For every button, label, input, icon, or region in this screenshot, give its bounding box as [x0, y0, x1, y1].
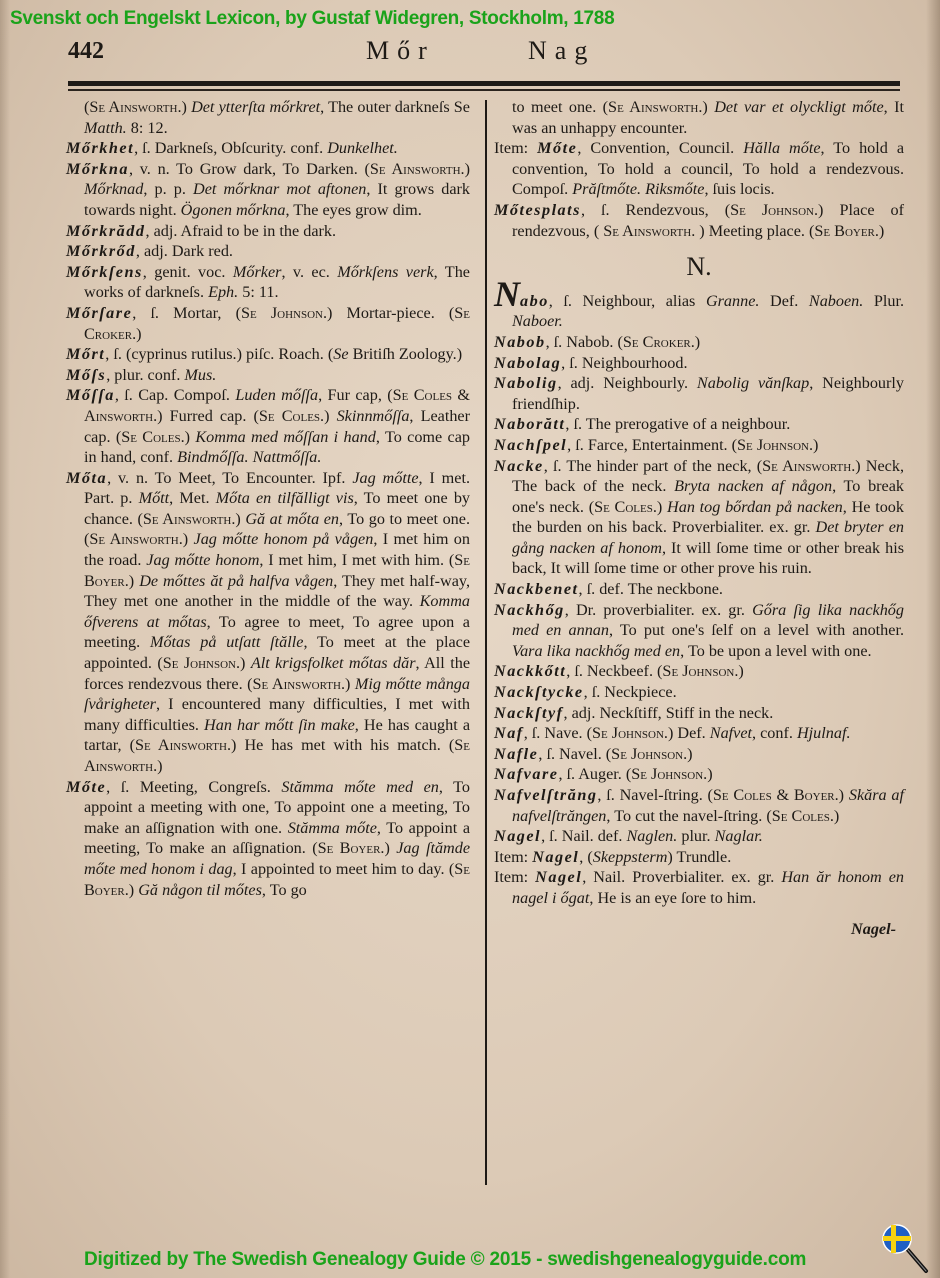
- entry-text: , ſ. Nail. def.: [541, 827, 626, 845]
- entry-text: , ſ. The hinder part of the neck,: [544, 457, 757, 475]
- source-reference: (Se Johnson.): [626, 765, 713, 783]
- entry-text: Eph.: [208, 283, 238, 301]
- entry-text: Mőrker: [233, 263, 282, 281]
- source-reference: (Se Coles.): [116, 428, 196, 446]
- dictionary-entry: Mőrkſens, genit. voc. Mőrker, v. ec. Mőr…: [66, 262, 470, 303]
- entry-text: Se: [333, 345, 348, 363]
- source-reference: ( Se Ainsworth. ): [594, 222, 705, 240]
- entry-text: , ſ. Neckbeef.: [566, 662, 657, 680]
- entry-text: , ſ. Mortar,: [132, 304, 235, 322]
- entry-text: Plur.: [863, 292, 904, 310]
- entry-text: 8: 12.: [127, 119, 168, 137]
- entry-text: Jag mőtte honom på vågen: [194, 530, 374, 548]
- running-head-right: Nag: [528, 36, 595, 66]
- headword: Mőrkrădd: [66, 222, 145, 240]
- source-reference: (Se Johnson.): [157, 654, 251, 672]
- dictionary-entry: Nachſpel, ſ. Farce, Entertainment. (Se J…: [494, 435, 904, 456]
- entry-text: , v. n. To Meet, To Encounter. Ipf.: [107, 469, 352, 487]
- source-reference: (Se Ainsworth.): [603, 98, 715, 116]
- entry-text: Naboer.: [512, 312, 563, 330]
- page-edge-left: [0, 0, 10, 1278]
- dictionary-entry: Mőtesplats, ſ. Rendezvous, (Se Johnson.)…: [494, 200, 904, 241]
- headword: Mőſſa: [66, 386, 115, 404]
- dictionary-entry: Nackkőtt, ſ. Neckbeef. (Se Johnson.): [494, 661, 904, 682]
- entry-text: Komma med mőſſan i hand: [195, 428, 376, 446]
- headword: Nachſpel: [494, 436, 567, 454]
- dictionary-entry: Mőrſare, ſ. Mortar, (Se Johnson.) Mortar…: [66, 303, 470, 344]
- entry-text: Skeppsterm: [593, 848, 668, 866]
- headword: Mőrkna: [66, 160, 129, 178]
- source-reference: (Se Boyer.): [809, 222, 884, 240]
- entry-text: , He is an eye ſore to him.: [589, 889, 756, 907]
- entry-text: Item:: [494, 868, 535, 886]
- entry-text: Furred cap.: [163, 407, 254, 425]
- dictionary-entry: Mőta, v. n. To Meet, To Encounter. Ipf. …: [66, 468, 470, 777]
- headword: Nagel: [535, 868, 582, 886]
- entry-text: , ſ. The prerogative of a neighbour.: [565, 415, 790, 433]
- entry-text: , ſuis locis.: [704, 180, 774, 198]
- headword: Mőte: [537, 139, 577, 157]
- entry-text: , To be upon a level with one.: [680, 642, 871, 660]
- entry-text: , ſ. Neighbourhood.: [561, 354, 687, 372]
- right-column: to meet one. (Se Ainsworth.) Det var et …: [494, 97, 904, 939]
- entry-text: , ſ. Auger.: [558, 765, 625, 783]
- entry-text: Jag mőtte: [352, 469, 418, 487]
- column-divider: [485, 100, 487, 1185]
- entry-text: Stămma mőte: [288, 819, 377, 837]
- source-reference: (Se Johnson.): [587, 724, 674, 742]
- entry-text: , ſ. Rendezvous,: [581, 201, 725, 219]
- headword: Mőrkrőd: [66, 242, 136, 260]
- entry-text: He has met with his match.: [236, 736, 448, 754]
- entry-text: , adj. Neighbourly.: [558, 374, 697, 392]
- page-number: 442: [68, 38, 104, 65]
- dictionary-entry: Nabolig, adj. Neighbourly. Nabolig vănſk…: [494, 373, 904, 414]
- entry-text: , Fur cap,: [318, 386, 387, 404]
- headword: Mőtesplats: [494, 201, 581, 219]
- entry-text: , adj. Neckſtiff, Stiff in the neck.: [564, 704, 774, 722]
- dictionary-entry: Naborătt, ſ. The prerogative of a neighb…: [494, 414, 904, 435]
- right-column-top-entries: to meet one. (Se Ainsworth.) Det var et …: [494, 97, 904, 241]
- entry-text: , (: [579, 848, 592, 866]
- dictionary-entry: Nabo, ſ. Neighbour, alias Granne. Def. N…: [494, 284, 904, 332]
- source-reference: (Se Coles.): [766, 807, 839, 825]
- dictionary-entry: Nackbenet, ſ. def. The neckbone.: [494, 579, 904, 600]
- entry-text: De mőttes ăt på halfva vågen: [139, 572, 333, 590]
- dictionary-entry: Item: Nagel, (Skeppsterm) Trundle.: [494, 847, 904, 868]
- entry-text: Vara lika nackhőg med en: [512, 642, 680, 660]
- entry-text: Hjulnaf.: [797, 724, 851, 742]
- entry-text: , To put one's ſelf on a level with anot…: [609, 621, 904, 639]
- source-reference: (Se Ainsworth.): [757, 457, 861, 475]
- entry-text: Bryta nacken af någon: [674, 477, 832, 495]
- entry-text: 5: 11.: [238, 283, 278, 301]
- entry-text: , ſ. Meeting, Congreſs.: [106, 778, 281, 796]
- entry-text: Ögonen mőrkna: [181, 201, 286, 219]
- source-reference: (Se Johnson.): [725, 201, 824, 219]
- source-reference: (Se Ainsworth.): [247, 675, 355, 693]
- digitized-credit-watermark: Digitized by The Swedish Genealogy Guide…: [84, 1249, 806, 1271]
- headword: Naf: [494, 724, 524, 742]
- source-reference: (Se Johnson.): [236, 304, 333, 322]
- entry-text: , adj. Afraid to be in the dark.: [145, 222, 336, 240]
- entry-text: , I met him, I met with him.: [259, 551, 448, 569]
- dictionary-entry: Nackſtyf, adj. Neckſtiff, Stiff in the n…: [494, 703, 904, 724]
- source-reference: (Se Croker.): [618, 333, 701, 351]
- entry-text: Def.: [759, 292, 808, 310]
- entry-text: , genit. voc.: [143, 263, 233, 281]
- headword: Nackſtyf: [494, 704, 564, 722]
- entry-text: Gă at mőta en: [245, 510, 339, 528]
- catchword: Nagel-: [494, 919, 904, 940]
- entry-text: , ſ. Farce, Entertainment.: [567, 436, 732, 454]
- entry-text: Meeting place.: [705, 222, 809, 240]
- entry-text: Britiſh Zoology.): [349, 345, 463, 363]
- entry-text: to meet one.: [512, 98, 603, 116]
- headword: Mőrt: [66, 345, 105, 363]
- header-rule-thick: [68, 81, 900, 86]
- swedish-flag-magnifier-icon: [880, 1222, 930, 1274]
- entry-text: Stămma mőte med en: [281, 778, 438, 796]
- entry-text: , I appointed to meet him to day.: [233, 860, 449, 878]
- entry-text: , v. n. To Grow dark, To Darken.: [129, 160, 365, 178]
- dictionary-entry: Nabob, ſ. Nabob. (Se Croker.): [494, 332, 904, 353]
- entry-text: Bindmőſſa. Nattmőſſa.: [177, 448, 321, 466]
- entry-text: , ſ. Navel-ſtring.: [597, 786, 707, 804]
- entry-text: , adj. Dark red.: [136, 242, 233, 260]
- dictionary-entry: Mőte, ſ. Meeting, Congreſs. Stămma mőte …: [66, 777, 470, 901]
- entry-text: Luden mőſſa: [235, 386, 318, 404]
- entry-text: Prăſtmőte. Riksmőte: [572, 180, 704, 198]
- dictionary-entry: Mőrt, ſ. (cyprinus rutilus.) piſc. Roach…: [66, 344, 470, 365]
- headword: Nabob: [494, 333, 546, 351]
- entry-text: Mőrkſens verk: [337, 263, 433, 281]
- headword: Nabolig: [494, 374, 558, 392]
- dictionary-entry: Mőſs, plur. conf. Mus.: [66, 365, 470, 386]
- headword: Mőſs: [66, 366, 106, 384]
- headword: Nafvare: [494, 765, 558, 783]
- headword: Nackſtycke: [494, 683, 584, 701]
- dictionary-entry: Nackſtycke, ſ. Neckpiece.: [494, 682, 904, 703]
- entry-text: , Dr. proverbialiter. ex. gr.: [565, 601, 752, 619]
- entry-text: Hălla mőte: [743, 139, 820, 157]
- dictionary-entry: to meet one. (Se Ainsworth.) Det var et …: [494, 97, 904, 138]
- dictionary-entry: Item: Mőte, Convention, Council. Hălla m…: [494, 138, 904, 200]
- entry-text: , ſ. Navel.: [538, 745, 605, 763]
- initial-letter: N: [494, 274, 520, 314]
- headword: Mőrkhet: [66, 139, 134, 157]
- dictionary-entry: Nafvare, ſ. Auger. (Se Johnson.): [494, 764, 904, 785]
- dictionary-entry: Item: Nagel, Nail. Proverbialiter. ex. g…: [494, 867, 904, 908]
- entry-text: Nabolig vănſkap: [697, 374, 809, 392]
- page-edge-right: [926, 0, 940, 1278]
- source-reference: (Se Johnson.): [606, 745, 693, 763]
- dictionary-entry: Naf, ſ. Nave. (Se Johnson.) Def. Nafvet,…: [494, 723, 904, 744]
- dictionary-entry: Nabolag, ſ. Neighbourhood.: [494, 353, 904, 374]
- dictionary-entry: Mőrkrădd, adj. Afraid to be in the dark.: [66, 221, 470, 242]
- entry-text: Item:: [494, 848, 532, 866]
- dictionary-entry: Mőrkna, v. n. To Grow dark, To Darken. (…: [66, 159, 470, 221]
- entry-text: , ſ. Neckpiece.: [584, 683, 677, 701]
- entry-text: , ſ. Cap. Compoſ.: [115, 386, 235, 404]
- entry-text: Naboen.: [809, 292, 863, 310]
- entry-text: Det var et olyckligt mőte: [714, 98, 883, 116]
- entry-text: Nafvet: [710, 724, 752, 742]
- headword: Mőrſare: [66, 304, 132, 322]
- entry-text: , The eyes grow dim.: [285, 201, 421, 219]
- entry-text: , ſ. (cyprinus rutilus.) piſc. Roach. (: [105, 345, 333, 363]
- entry-text: , v. ec.: [281, 263, 337, 281]
- entry-text: Mőtas på utſatt ſtălle: [150, 633, 303, 651]
- dictionary-entry: (Se Ainsworth.) Det ytterſta mőrkret, Th…: [66, 97, 470, 138]
- right-column-n-entries: Nabo, ſ. Neighbour, alias Granne. Def. N…: [494, 284, 904, 909]
- running-head-left: Mőr: [366, 36, 435, 66]
- headword: Nabolag: [494, 354, 561, 372]
- source-reference: (Se Boyer.): [312, 839, 396, 857]
- dictionary-entry: Nafvelſtrăng, ſ. Navel-ſtring. (Se Coles…: [494, 785, 904, 826]
- headword: Nacke: [494, 457, 544, 475]
- entry-text: , p. p.: [143, 180, 193, 198]
- dictionary-entry: Mőſſa, ſ. Cap. Compoſ. Luden mőſſa, Fur …: [66, 385, 470, 467]
- entry-text: Mőtt: [139, 489, 170, 507]
- headword: Nafle: [494, 745, 538, 763]
- entry-text: ) Trundle.: [667, 848, 731, 866]
- entry-text: Dunkelhet.: [327, 139, 398, 157]
- source-reference: (Se Ainsworth.): [365, 160, 470, 178]
- source-reference: (Se Coles & Boyer.): [708, 786, 849, 804]
- headword: Nackkőtt: [494, 662, 566, 680]
- entry-text: Matth.: [84, 119, 127, 137]
- headword: Naborătt: [494, 415, 565, 433]
- entry-text: Mortar-piece.: [332, 304, 448, 322]
- dictionary-entry: Nackhőg, Dr. proverbialiter. ex. gr. Gőr…: [494, 600, 904, 662]
- source-reference: (Se Ainsworth.): [84, 530, 194, 548]
- left-column: (Se Ainsworth.) Det ytterſta mőrkret, Th…: [66, 97, 470, 900]
- entry-text: Han har mőtt ſin make: [204, 716, 355, 734]
- header-rule-thin: [68, 89, 900, 91]
- entry-text: Def.: [673, 724, 709, 742]
- entry-text: , ſ. Nave.: [524, 724, 587, 742]
- entry-text: Naglen.: [626, 827, 677, 845]
- entry-text: , Convention, Council.: [577, 139, 743, 157]
- headword: Mőrkſens: [66, 263, 143, 281]
- letter-section-heading: N.: [494, 257, 904, 278]
- entry-text: Mus.: [184, 366, 216, 384]
- headword: Mőta: [66, 469, 107, 487]
- entry-text: Jag mőtte honom: [146, 551, 259, 569]
- entry-text: plur.: [677, 827, 714, 845]
- entry-text: Mőrknad: [84, 180, 143, 198]
- headword: Nagel: [532, 848, 579, 866]
- entry-text: , The outer darkneſs Se: [320, 98, 470, 116]
- source-reference: (Se Johnson.): [732, 436, 819, 454]
- headword: Nackhőg: [494, 601, 565, 619]
- entry-text: , conf.: [752, 724, 797, 742]
- source-reference: (Se Johnson.): [657, 662, 744, 680]
- source-reference: (Se Ainsworth.): [130, 736, 237, 754]
- entry-text: Det ytterſta mőrkret: [187, 98, 320, 116]
- entry-text: , ſ. Neighbour, alias: [549, 292, 706, 310]
- entry-text: Han tog bőrdan på nacken: [667, 498, 843, 516]
- entry-text: , plur. conf.: [106, 366, 184, 384]
- entry-text: Alt krigsfolket mőtas dăr: [251, 654, 416, 672]
- entry-text: , ſ. Darkneſs, Obſcurity. conf.: [134, 139, 327, 157]
- headword: Nagel: [494, 827, 541, 845]
- source-reference: (Se Ainsworth.): [84, 98, 187, 116]
- entry-text: Mőta en tilfălligt vis: [216, 489, 354, 507]
- dictionary-entry: Mőrkhet, ſ. Darkneſs, Obſcurity. conf. D…: [66, 138, 470, 159]
- entry-text: , To go: [262, 881, 307, 899]
- entry-text: , ſ. Nabob.: [546, 333, 618, 351]
- entry-text: , To go to meet one.: [339, 510, 470, 528]
- entry-text: Naglar.: [715, 827, 763, 845]
- dictionary-entry: Mőrkrőd, adj. Dark red.: [66, 241, 470, 262]
- source-reference: (Se Coles.): [589, 498, 667, 516]
- headword: abo: [520, 292, 549, 310]
- headword: Nafvelſtrăng: [494, 786, 597, 804]
- source-reference: (Se Ainsworth.): [138, 510, 246, 528]
- entry-text: Granne.: [706, 292, 760, 310]
- dictionary-entry: Nacke, ſ. The hinder part of the neck, (…: [494, 456, 904, 580]
- entry-text: , Met.: [169, 489, 216, 507]
- headword: Mőte: [66, 778, 106, 796]
- dictionary-entry: Nagel, ſ. Nail. def. Naglen. plur. Nagla…: [494, 826, 904, 847]
- entry-text: , ſ. def. The neckbone.: [579, 580, 723, 598]
- entry-text: Skinnmőſſa: [337, 407, 410, 425]
- entry-text: , Nail. Proverbialiter. ex. gr.: [582, 868, 781, 886]
- entry-text: Item:: [494, 139, 537, 157]
- entry-text: , To cut the navel-ſtring.: [606, 807, 766, 825]
- headword: Nackbenet: [494, 580, 579, 598]
- source-reference: (Se Coles.): [254, 407, 337, 425]
- entry-text: Det mőrknar mot aftonen: [193, 180, 366, 198]
- entry-text: Gă någon til mőtes: [138, 881, 262, 899]
- dictionary-entry: Nafle, ſ. Navel. (Se Johnson.): [494, 744, 904, 765]
- title-watermark: Svenskt och Engelskt Lexicon, by Gustaf …: [10, 8, 614, 30]
